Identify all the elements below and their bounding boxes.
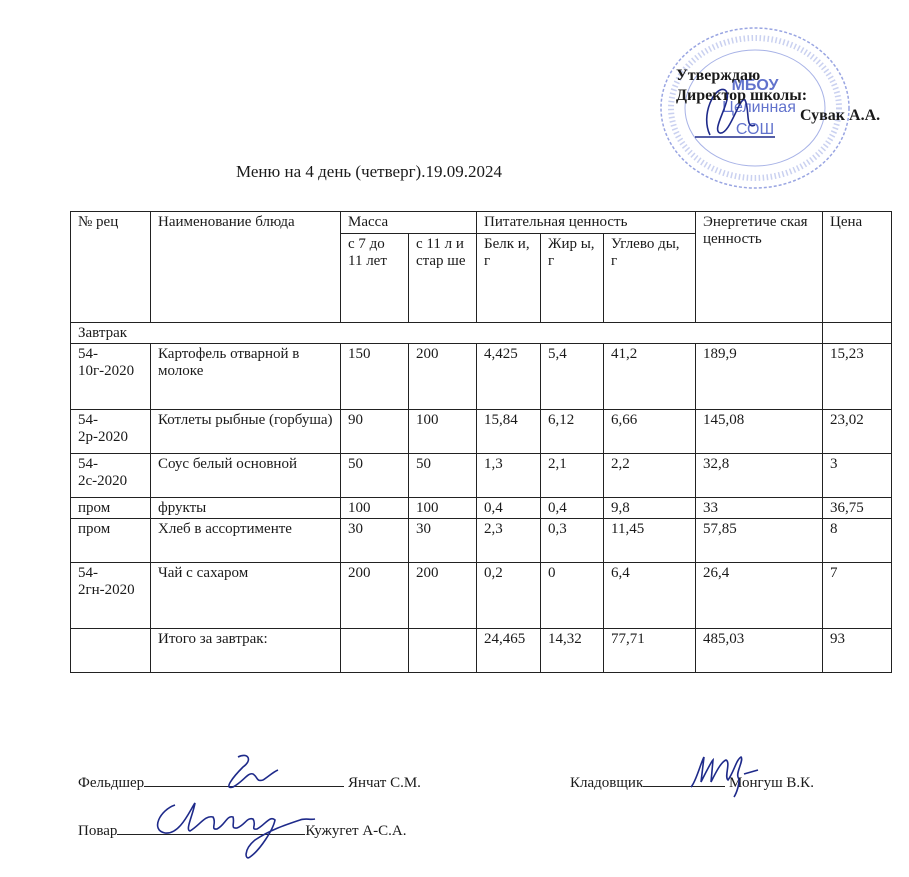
price: 3 bbox=[823, 454, 892, 498]
proteins: 4,425 bbox=[477, 344, 541, 410]
cook-signature bbox=[145, 795, 325, 865]
mass-11-plus: 50 bbox=[409, 454, 477, 498]
dish-name: Соус белый основной bbox=[151, 454, 341, 498]
table-row: пром фрукты 100 100 0,4 0,4 9,8 33 36,75 bbox=[71, 498, 892, 519]
approval-label: Утверждаю bbox=[676, 66, 880, 86]
table-row: 54-2гн-2020 Чай с сахаром 200 200 0,2 0 … bbox=[71, 563, 892, 629]
header-mass-7-11: с 7 до 11 лет bbox=[341, 234, 409, 323]
proteins: 2,3 bbox=[477, 519, 541, 563]
price: 36,75 bbox=[823, 498, 892, 519]
total-recipe-empty bbox=[71, 629, 151, 673]
proteins: 15,84 bbox=[477, 410, 541, 454]
header-mass-11-plus: с 11 л и стар ше bbox=[409, 234, 477, 323]
total-proteins: 24,465 bbox=[477, 629, 541, 673]
fats: 5,4 bbox=[541, 344, 604, 410]
recipe-no: 54-2гн-2020 bbox=[71, 563, 151, 629]
header-nutrition: Питательная ценность bbox=[477, 212, 696, 234]
mass-11-plus: 200 bbox=[409, 344, 477, 410]
mass-11-plus: 100 bbox=[409, 410, 477, 454]
price: 15,23 bbox=[823, 344, 892, 410]
director-title: Директор школы: bbox=[676, 86, 880, 106]
total-mass-11-plus bbox=[409, 629, 477, 673]
energy: 26,4 bbox=[696, 563, 823, 629]
mass-7-11: 150 bbox=[341, 344, 409, 410]
fats: 2,1 bbox=[541, 454, 604, 498]
menu-table: № рец Наименование блюда Масса Питательн… bbox=[70, 211, 892, 673]
total-mass-7-11 bbox=[341, 629, 409, 673]
recipe-no: 54-2с-2020 bbox=[71, 454, 151, 498]
dish-name: Хлеб в ассортименте bbox=[151, 519, 341, 563]
energy: 145,08 bbox=[696, 410, 823, 454]
approval-block: Утверждаю Директор школы: Сувак А.А. bbox=[676, 66, 880, 126]
total-energy: 485,03 bbox=[696, 629, 823, 673]
header-proteins: Белк и, г bbox=[477, 234, 541, 323]
section-breakfast: Завтрак bbox=[71, 323, 823, 344]
total-carbs: 77,71 bbox=[604, 629, 696, 673]
energy: 32,8 bbox=[696, 454, 823, 498]
total-price: 93 bbox=[823, 629, 892, 673]
medic-role: Фельдшер bbox=[78, 775, 144, 791]
carbs: 41,2 bbox=[604, 344, 696, 410]
total-row: Итого за завтрак: 24,465 14,32 77,71 485… bbox=[71, 629, 892, 673]
cook-role: Повар bbox=[78, 823, 117, 839]
storekeeper-role: Кладовщик bbox=[570, 775, 643, 791]
mass-7-11: 50 bbox=[341, 454, 409, 498]
energy: 33 bbox=[696, 498, 823, 519]
mass-11-plus: 200 bbox=[409, 563, 477, 629]
fats: 0 bbox=[541, 563, 604, 629]
price: 23,02 bbox=[823, 410, 892, 454]
dish-name: Картофель отварной в молоке bbox=[151, 344, 341, 410]
proteins: 0,2 bbox=[477, 563, 541, 629]
header-dish-name: Наименование блюда bbox=[151, 212, 341, 323]
total-fats: 14,32 bbox=[541, 629, 604, 673]
page-title: Меню на 4 день (четверг).19.09.2024 bbox=[236, 162, 502, 182]
carbs: 9,8 bbox=[604, 498, 696, 519]
proteins: 0,4 bbox=[477, 498, 541, 519]
header-price: Цена bbox=[823, 212, 892, 323]
energy: 189,9 bbox=[696, 344, 823, 410]
recipe-no: 54-10г-2020 bbox=[71, 344, 151, 410]
price: 8 bbox=[823, 519, 892, 563]
header-fats: Жир ы, г bbox=[541, 234, 604, 323]
mass-11-plus: 30 bbox=[409, 519, 477, 563]
fats: 0,4 bbox=[541, 498, 604, 519]
recipe-no: пром bbox=[71, 519, 151, 563]
mass-7-11: 200 bbox=[341, 563, 409, 629]
fats: 0,3 bbox=[541, 519, 604, 563]
carbs: 2,2 bbox=[604, 454, 696, 498]
recipe-no: 54-2р-2020 bbox=[71, 410, 151, 454]
header-recipe-no: № рец bbox=[71, 212, 151, 323]
medic-signature bbox=[218, 752, 288, 792]
dish-name: Чай с сахаром bbox=[151, 563, 341, 629]
mass-7-11: 90 bbox=[341, 410, 409, 454]
header-mass: Масса bbox=[341, 212, 477, 234]
section-empty-cell bbox=[823, 323, 892, 344]
mass-7-11: 100 bbox=[341, 498, 409, 519]
mass-11-plus: 100 bbox=[409, 498, 477, 519]
recipe-no: пром bbox=[71, 498, 151, 519]
table-row: 54-2с-2020 Соус белый основной 50 50 1,3… bbox=[71, 454, 892, 498]
medic-name: Янчат С.М. bbox=[348, 775, 421, 791]
storekeeper-signature bbox=[686, 752, 766, 802]
proteins: 1,3 bbox=[477, 454, 541, 498]
table-row: 54-2р-2020 Котлеты рыбные (горбуша) 90 1… bbox=[71, 410, 892, 454]
director-name: Сувак А.А. bbox=[676, 106, 880, 126]
mass-7-11: 30 bbox=[341, 519, 409, 563]
energy: 57,85 bbox=[696, 519, 823, 563]
header-energy: Энергетиче ская ценность bbox=[696, 212, 823, 323]
carbs: 11,45 bbox=[604, 519, 696, 563]
dish-name: фрукты bbox=[151, 498, 341, 519]
header-carbs: Углево ды, г bbox=[604, 234, 696, 323]
price: 7 bbox=[823, 563, 892, 629]
total-label: Итого за завтрак: bbox=[151, 629, 341, 673]
table-row: пром Хлеб в ассортименте 30 30 2,3 0,3 1… bbox=[71, 519, 892, 563]
carbs: 6,4 bbox=[604, 563, 696, 629]
table-row: 54-10г-2020 Картофель отварной в молоке … bbox=[71, 344, 892, 410]
dish-name: Котлеты рыбные (горбуша) bbox=[151, 410, 341, 454]
carbs: 6,66 bbox=[604, 410, 696, 454]
fats: 6,12 bbox=[541, 410, 604, 454]
